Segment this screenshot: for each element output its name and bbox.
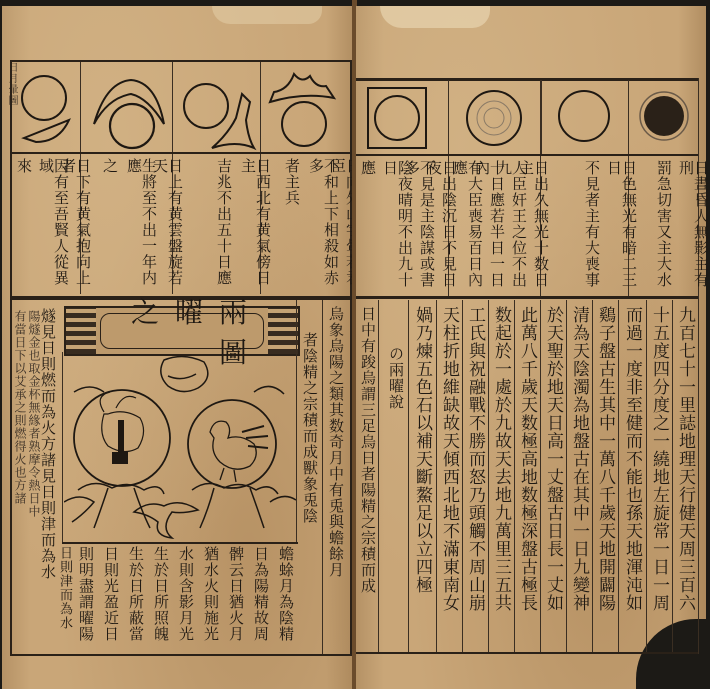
omen-line: 不見者主有大喪事	[584, 160, 599, 294]
divider	[514, 300, 515, 654]
omen-line: 生將至不出一年内應	[126, 158, 156, 292]
text-column: 日則津而為水	[58, 546, 71, 652]
cloud-icon	[64, 496, 296, 538]
text-column: 生於日所照魄	[153, 546, 168, 652]
omen-line: 陰夜晴明不出九十日	[382, 160, 412, 294]
omen-line: 應	[360, 160, 375, 294]
text-column: 烏象烏陽之類其数奇月中有兎與蟾餘月	[328, 306, 343, 652]
text-column: 鷄子盤古生其中一萬八千歲天地開闢陽	[596, 306, 613, 650]
text-column: 髀云日猶火月	[228, 546, 243, 652]
divider	[436, 300, 437, 654]
text-column: 九百七十一里誌地理天行健天周三百六	[676, 306, 693, 650]
rule	[356, 296, 698, 299]
divider	[322, 300, 323, 654]
divider	[488, 300, 489, 654]
text-column: 清為天陰濁為地盤古在其中一日九變神	[570, 306, 587, 650]
divider	[646, 300, 647, 654]
sun-with-side-flame-icon	[176, 68, 258, 152]
sun-with-crown-above-icon	[264, 68, 344, 152]
omen-line: 日晝昏人無影主有刑	[678, 160, 708, 294]
checker-ornament-icon	[268, 308, 298, 354]
divider	[448, 80, 449, 154]
diagram-title-banner: 兩曜之圖	[64, 306, 300, 356]
text-column: 猶水火則施光	[203, 546, 218, 652]
text-column: 十五度四分度之一繞地左旋常一日一周	[650, 306, 667, 650]
section-heading: の兩曜說	[388, 346, 403, 466]
rule	[356, 652, 698, 654]
divider	[260, 62, 261, 152]
divider	[592, 300, 593, 654]
left-page: 日月暈圖 日向外山字暈若君臣 不和上下相殺如赤多 者主兵 日西北有黄氣傍日主 吉…	[2, 6, 354, 689]
sun-with-halo-rings-icon	[456, 86, 532, 150]
paper-tear	[212, 6, 322, 24]
omen-line: 吉兆不出五十日應	[216, 158, 231, 292]
omen-line: 日色無光有暗二三日	[606, 160, 636, 294]
text-column: 水則含影月光	[178, 546, 193, 652]
text-column: 媧乃煉五色石以補天斷鰲足以立四極	[413, 306, 430, 650]
text-column: 此萬八千歲天数極高地数極深盤古極長	[518, 306, 535, 650]
checker-ornament-icon	[66, 308, 96, 354]
text-column: 日為陽精故周	[253, 546, 268, 652]
two-luminaries-illustration	[64, 352, 296, 542]
text-column: 日則光盈近日	[103, 546, 118, 652]
text-column: 而過一度非至健而不能也孫天地渾沌如	[623, 306, 640, 650]
divider	[408, 300, 409, 654]
sun-with-arc-above-icon	[86, 68, 170, 152]
divider	[62, 352, 63, 544]
divider	[378, 300, 379, 654]
divider	[80, 62, 81, 152]
rule	[62, 542, 298, 544]
text-column: 数起於一處於九故天去地九萬里三五共	[492, 306, 509, 650]
divider	[672, 300, 673, 654]
divider	[296, 300, 297, 544]
omen-line: 來	[16, 158, 31, 292]
paper-tear	[380, 6, 490, 28]
text-column: 有當日下以艾承之則燃得火也方諸	[14, 310, 26, 650]
sun-disc-with-rooster-icon	[188, 400, 278, 528]
dark-sun-disc-icon	[632, 86, 696, 150]
sun-in-square-icon	[366, 86, 430, 150]
divider	[628, 80, 629, 154]
right-page: 日晝昏人無影主有刑 罰急切害又主大水 日色無光有暗二三日 不見者主有大喪事 日出…	[356, 6, 706, 689]
divider	[540, 300, 541, 654]
omen-line: 不和上下相殺如赤多	[308, 158, 338, 292]
omen-line: 者主兵	[284, 158, 299, 292]
divider	[618, 300, 619, 654]
text-column: 於天聖於地天日高一丈盤古日長一丈如	[544, 306, 561, 650]
text-column: 陽燧金也取金杯無緣者熟摩令熱日中	[28, 310, 40, 650]
divider	[172, 62, 173, 152]
rule	[356, 154, 698, 156]
text-column: 天柱折地維缺故天傾西北地不滿東南女	[440, 306, 457, 650]
divider	[566, 300, 567, 654]
text-column: 蟾蜍月為陰精	[278, 546, 293, 652]
text-column: 者陰精之宗積而成獸象兎陰	[302, 332, 317, 540]
text-column: 工氏與祝融戰不勝而怒乃頭觸不周山崩	[466, 306, 483, 650]
sun-with-cloud-below-icon	[14, 68, 78, 152]
text-column: 則明盡謂曜陽	[78, 546, 93, 652]
divider	[540, 80, 542, 154]
omen-line: 之	[102, 158, 117, 292]
omen-line: 日西北有黄氣傍日主	[240, 158, 270, 292]
omen-line: 因有至吾賢人從異域	[38, 158, 68, 292]
text-column: 日中有踆烏謂三足烏日者陽精之宗積而成	[360, 306, 375, 650]
plain-sun-circle-icon	[546, 86, 622, 150]
omen-line: 罰急切害又主大水	[656, 160, 671, 294]
rule	[356, 78, 698, 81]
divider	[462, 300, 463, 654]
text-column: 生於日所蔽當	[128, 546, 143, 652]
text-column: 燧見日則燃而為火方諸見日則津而為水	[40, 308, 55, 652]
